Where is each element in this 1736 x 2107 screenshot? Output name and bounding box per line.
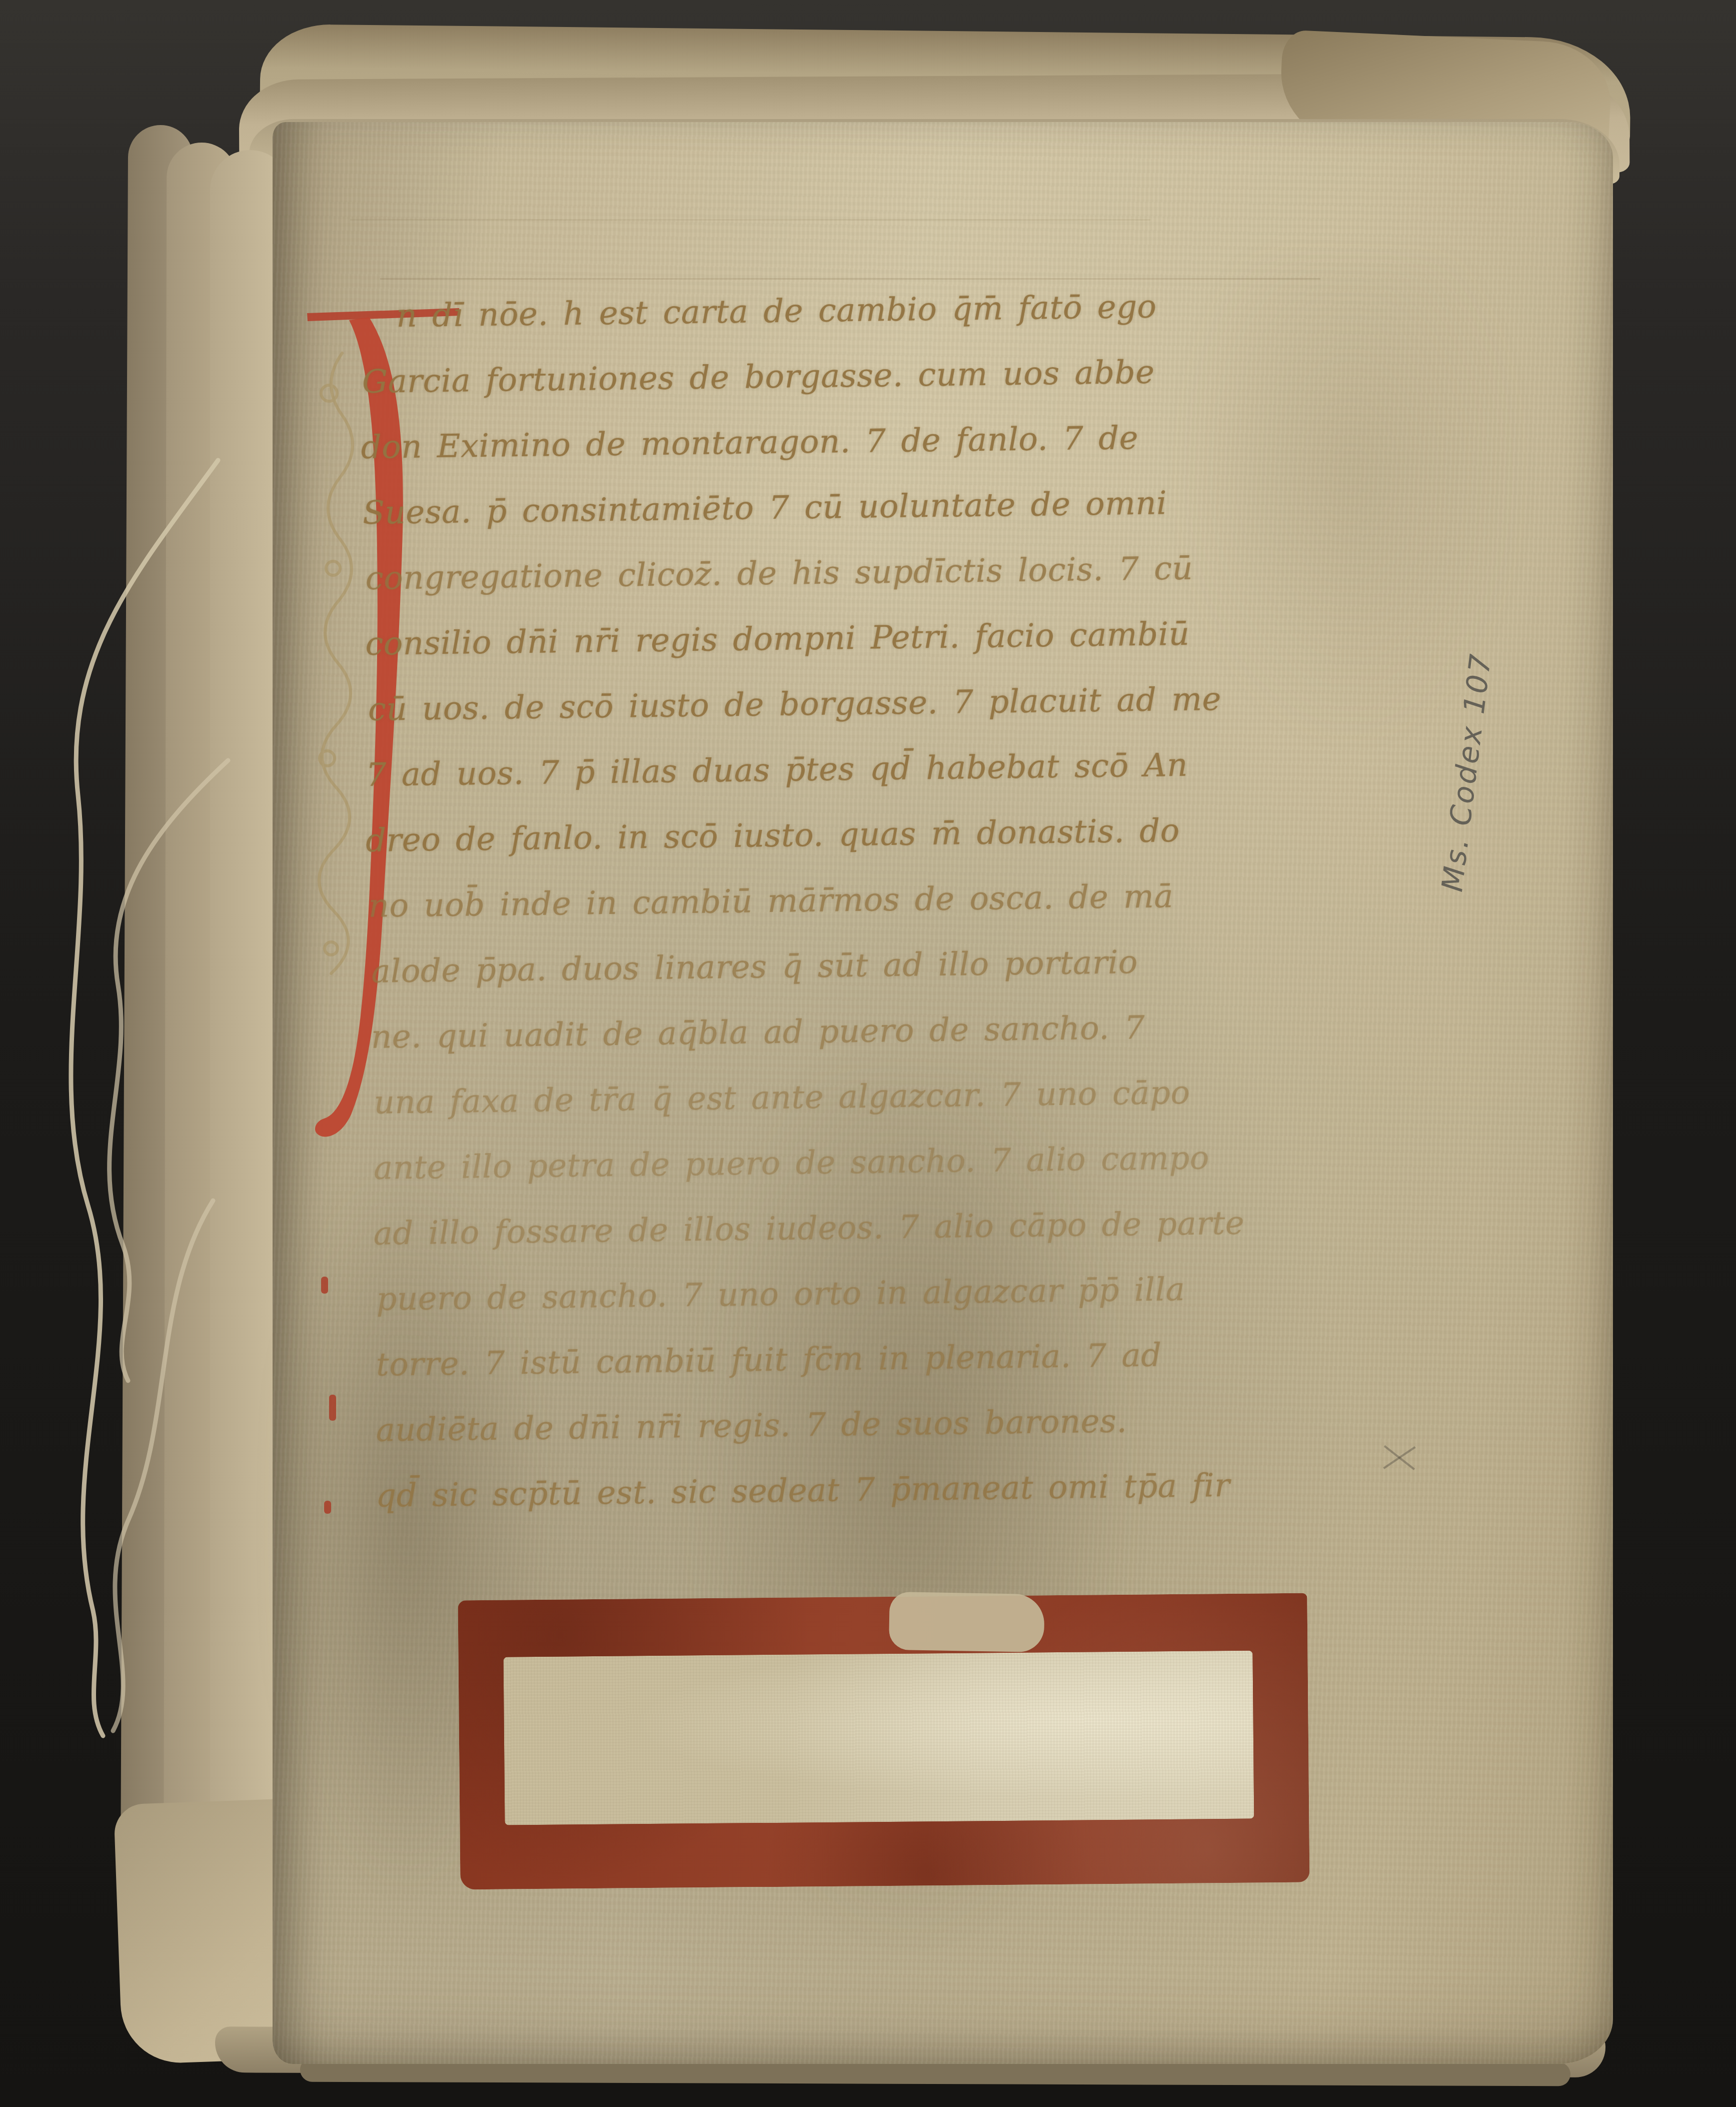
text-line: qd̄ sic scp̄tū est. sic sedeat 7 p̄manea… — [376, 1467, 1230, 1515]
red-pigment-speck — [321, 1277, 328, 1294]
text-line: ante illo petra de puero de sancho. 7 al… — [374, 1140, 1210, 1187]
text-line: una faxa de tr̄a q̄ est ante algazcar. 7… — [374, 1075, 1190, 1122]
pencil-x-mark — [1380, 1441, 1418, 1475]
paint-loss-patch — [889, 1592, 1045, 1652]
text-line: 7 ad uos. 7 p̄ illas duas p̄tes qd̄ habe… — [366, 747, 1188, 794]
text-line: ne. qui uadit de aq̄bla ad puero de sanc… — [371, 1009, 1145, 1056]
text-line: ad illo fossare de illos iudeos. 7 alio … — [373, 1205, 1244, 1253]
red-painted-frame — [458, 1593, 1310, 1890]
photograph-backdrop: n dī nōe. h est carta de cambio q̄m̄ fat… — [0, 0, 1736, 2107]
ruling-line — [380, 278, 1320, 280]
effaced-label-area — [504, 1651, 1254, 1825]
pen-flourish — [319, 353, 353, 973]
text-line: puero de sancho. 7 uno orto in algazcar … — [376, 1271, 1185, 1318]
text-line: torre. 7 istū cambiū fuit fc̄m in plenar… — [376, 1337, 1162, 1384]
text-line: congregatione clicoz̄. de his supdīctis … — [365, 550, 1193, 597]
text-line: dreo de fanlo. in scō iusto. quas m̄ don… — [366, 812, 1180, 859]
text-line: alode p̄pa. duos linares q̄ sūt ad illo … — [371, 944, 1138, 990]
text-line: cū uos. de scō iusto de borgasse. 7 plac… — [368, 681, 1222, 728]
ruling-line — [350, 219, 1150, 221]
text-line: audiēta de dn̄i nr̄i regis. 7 de suos ba… — [376, 1403, 1127, 1449]
text-line: don Eximino de montaragon. 7 de fanlo. 7… — [361, 420, 1138, 466]
red-pigment-speck — [324, 1501, 331, 1514]
text-line: Suesa. p̄ consintamiēto 7 cū uoluntate d… — [363, 485, 1167, 532]
text-line: Garcia fortuniones de borgasse. cum uos … — [362, 354, 1155, 401]
text-block: n dī nōe. h est carta de cambio q̄m̄ fat… — [359, 286, 1400, 1599]
text-line: consilio dn̄i nr̄i regis dompni Petri. f… — [365, 616, 1190, 663]
red-pigment-speck — [329, 1395, 336, 1421]
text-line: no uob̄ inde in cambiū mār̄mos de osca. … — [368, 878, 1173, 925]
